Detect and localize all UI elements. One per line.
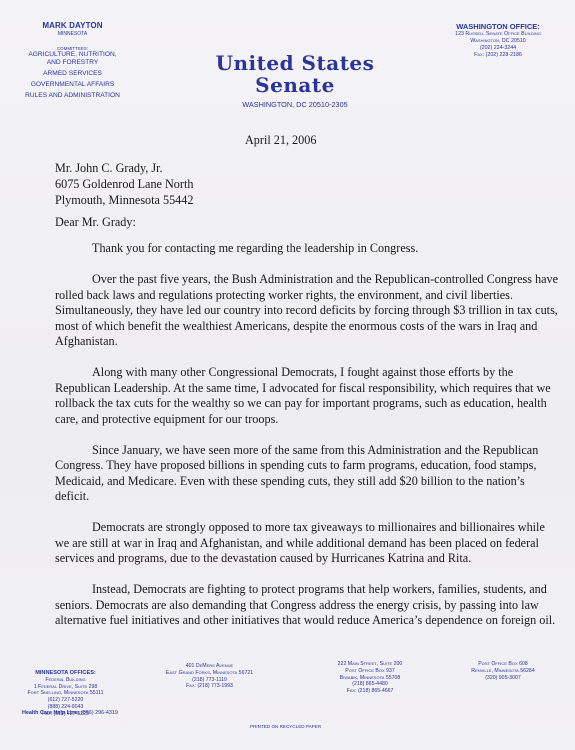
office-line: 1 Federal Drive, Suite 298 [18,684,113,691]
office-line: 401 DeMers Avenue [162,663,257,670]
office-line: (218) 865-4480 [320,681,420,688]
office-line: 222 Main Street, Suite 200 [320,661,420,668]
office-line: East Grand Forks, Minnesota 56721 [162,670,257,677]
washington-office-line: Fax: (202) 228-2186 [438,52,558,59]
washington-office-line: (202) 224-3244 [438,45,558,52]
letter-body: Thank you for contacting me regarding th… [55,241,560,644]
washington-office-heading: WASHINGTON OFFICE: [438,22,558,31]
recipient-line: Mr. John C. Grady, Jr. [55,160,193,176]
senator-name: MARK DAYTON [15,21,130,30]
footer-office-east-grand-forks: 401 DeMers Avenue East Grand Forks, Minn… [162,663,257,690]
washington-office-block: WASHINGTON OFFICE: 123 Russell Senate Of… [438,22,558,59]
committee-item: RULES AND ADMINISTRATION [15,92,130,100]
office-line: (218) 773-1110 [162,677,257,684]
office-line: (612) 727-5220 [18,697,113,704]
paragraph: Over the past five years, the Bush Admin… [55,272,560,350]
health-care-helpline: Health Care Help Line: (866) 296-4319 [22,710,118,716]
office-line: Fax: (218) 865-4667 [320,688,420,695]
office-line: Federal Building [18,677,113,684]
paragraph: Democrats are strongly opposed to more t… [55,520,560,567]
office-line: Fax: (218) 773-1993 [162,683,257,690]
masthead-title: United States Senate [195,52,395,96]
senator-block: MARK DAYTON MINNESOTA COMMITTEES: AGRICU… [15,21,130,100]
paragraph: Instead, Democrats are fighting to prote… [55,582,560,629]
office-line: (320) 905-3007 [453,675,553,682]
committee-item: GOVERNMENTAL AFFAIRS [15,81,130,89]
footer-office-biwabik: 222 Main Street, Suite 200 Post Office B… [320,661,420,695]
office-line: Renville, Minnesota 56284 [453,668,553,675]
committee-item: AGRICULTURE, NUTRITION, [15,51,130,59]
washington-office-line: 123 Russell Senate Office Building [438,31,558,38]
minnesota-offices-heading: MINNESOTA OFFICES: [18,670,113,677]
salutation: Dear Mr. Grady: [55,215,136,230]
letter-date: April 21, 2006 [245,133,316,148]
recipient-line: 6075 Goldenrod Lane North [55,176,193,192]
paragraph: Since January, we have seen more of the … [55,443,560,505]
recipient-line: Plymouth, Minnesota 55442 [55,192,193,208]
recipient-address: Mr. John C. Grady, Jr. 6075 Goldenrod La… [55,160,193,208]
paragraph: Thank you for contacting me regarding th… [55,241,560,257]
senator-state: MINNESOTA [15,31,130,37]
letter-page: MARK DAYTON MINNESOTA COMMITTEES: AGRICU… [0,0,575,750]
helpline-label: Health Care Help Line: [22,710,80,716]
helpline-number: (866) 296-4319 [81,710,118,716]
washington-office-line: Washington, DC 20510 [438,38,558,45]
footer-office-renville: Post Office Box 608 Renville, Minnesota … [453,661,553,681]
masthead-address: WASHINGTON, DC 20510-2305 [195,100,395,109]
committee-item: ARMED SERVICES [15,70,130,78]
committee-item: AND FORESTRY [15,59,130,67]
recycled-paper-note: PRINTED ON RECYCLED PAPER [250,724,321,729]
office-line: Post Office Box 608 [453,661,553,668]
masthead: United States Senate WASHINGTON, DC 2051… [195,52,395,109]
office-line: Biwabik, Minnesota 55708 [320,675,420,682]
paragraph: Along with many other Congressional Demo… [55,365,560,427]
office-line: Fort Snelling, Minnesota 55111 [18,690,113,697]
office-line: Post Office Box 937 [320,668,420,675]
